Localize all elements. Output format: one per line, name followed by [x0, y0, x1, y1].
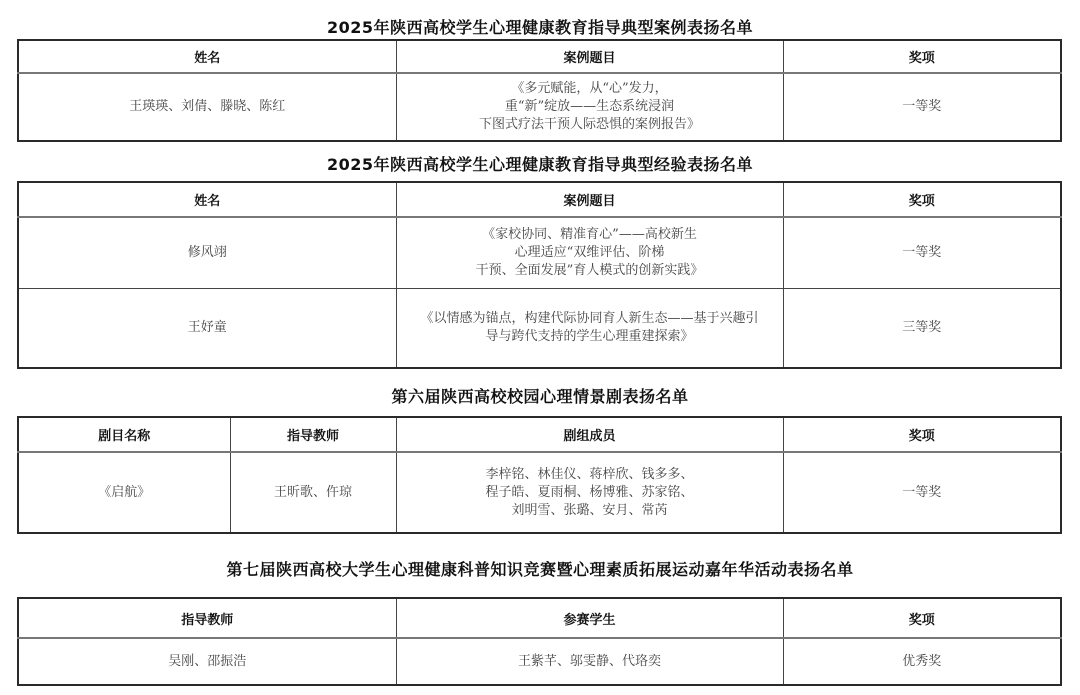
- cell-case-title: 《家校协同、精准育心”——高校新生 心理适应“双维评估、阶梯 干预、全面发展”育…: [396, 217, 783, 288]
- table-row: 王妤童 《以情感为锚点，构建代际协同育人新生态——基于兴趣引 导与跨代支持的学生…: [18, 288, 1061, 368]
- column-header-award: 奖项: [783, 598, 1061, 638]
- table-row: 《启航》 王昕歌、仵琼 李梓铭、林佳仪、蒋梓欣、钱多多、 程子皓、夏雨桐、杨博雅…: [18, 452, 1061, 533]
- cell-award: 一等奖: [783, 217, 1061, 288]
- cell-name: 王妤童: [18, 288, 396, 368]
- cell-instructor: 吴刚、邵振浩: [18, 638, 396, 685]
- section-title-knowledge-contest: 第七届陕西高校大学生心理健康科普知识竞赛暨心理素质拓展运动嘉年华活动表扬名单: [0, 557, 1080, 580]
- cell-award: 一等奖: [783, 73, 1061, 141]
- column-header-instructor: 指导教师: [230, 417, 396, 452]
- cell-cast: 李梓铭、林佳仪、蒋梓欣、钱多多、 程子皓、夏雨桐、杨博雅、苏家铭、 刘明雪、张璐…: [396, 452, 783, 533]
- typical-experience-table: 姓名 案例题目 奖项 修风翊 《家校协同、精准育心”——高校新生 心理适应“双维…: [17, 181, 1062, 369]
- cell-students: 王紫芊、邬雯静、代珞奕: [396, 638, 783, 685]
- knowledge-contest-table: 指导教师 参赛学生 奖项 吴刚、邵振浩 王紫芊、邬雯静、代珞奕 优秀奖: [17, 597, 1062, 686]
- table-header-row: 剧目名称 指导教师 剧组成员 奖项: [18, 417, 1061, 452]
- cell-case-title: 《多元赋能，从“心”发力， 重“新”绽放——生态系统浸润 下图式疗法干预人际恐惧…: [396, 73, 783, 141]
- column-header-award: 奖项: [783, 182, 1061, 217]
- column-header-cast: 剧组成员: [396, 417, 783, 452]
- column-header-award: 奖项: [783, 417, 1061, 452]
- cell-case-title: 《以情感为锚点，构建代际协同育人新生态——基于兴趣引 导与跨代支持的学生心理重建…: [396, 288, 783, 368]
- column-header-instructor: 指导教师: [18, 598, 396, 638]
- cell-play-name: 《启航》: [18, 452, 230, 533]
- section-title-typical-experience: 2025年陕西高校学生心理健康教育指导典型经验表扬名单: [0, 152, 1080, 175]
- section-title-typical-cases: 2025年陕西高校学生心理健康教育指导典型案例表扬名单: [0, 15, 1080, 38]
- cell-name: 王瑛瑛、刘倩、滕晓、陈红: [18, 73, 396, 141]
- cell-award: 三等奖: [783, 288, 1061, 368]
- cell-award: 优秀奖: [783, 638, 1061, 685]
- table-header-row: 姓名 案例题目 奖项: [18, 40, 1061, 73]
- column-header-name: 姓名: [18, 182, 396, 217]
- table-row: 王瑛瑛、刘倩、滕晓、陈红 《多元赋能，从“心”发力， 重“新”绽放——生态系统浸…: [18, 73, 1061, 141]
- table-header-row: 姓名 案例题目 奖项: [18, 182, 1061, 217]
- table-row: 修风翊 《家校协同、精准育心”——高校新生 心理适应“双维评估、阶梯 干预、全面…: [18, 217, 1061, 288]
- table-header-row: 指导教师 参赛学生 奖项: [18, 598, 1061, 638]
- psych-drama-table: 剧目名称 指导教师 剧组成员 奖项 《启航》 王昕歌、仵琼 李梓铭、林佳仪、蒋梓…: [17, 416, 1062, 534]
- column-header-name: 姓名: [18, 40, 396, 73]
- typical-cases-table: 姓名 案例题目 奖项 王瑛瑛、刘倩、滕晓、陈红 《多元赋能，从“心”发力， 重“…: [17, 39, 1062, 142]
- cell-award: 一等奖: [783, 452, 1061, 533]
- cell-instructor: 王昕歌、仵琼: [230, 452, 396, 533]
- table-row: 吴刚、邵振浩 王紫芊、邬雯静、代珞奕 优秀奖: [18, 638, 1061, 685]
- column-header-play-name: 剧目名称: [18, 417, 230, 452]
- column-header-case-title: 案例题目: [396, 40, 783, 73]
- section-title-psych-drama: 第六届陕西高校校园心理情景剧表扬名单: [0, 384, 1080, 407]
- cell-name: 修风翊: [18, 217, 396, 288]
- column-header-award: 奖项: [783, 40, 1061, 73]
- column-header-case-title: 案例题目: [396, 182, 783, 217]
- column-header-students: 参赛学生: [396, 598, 783, 638]
